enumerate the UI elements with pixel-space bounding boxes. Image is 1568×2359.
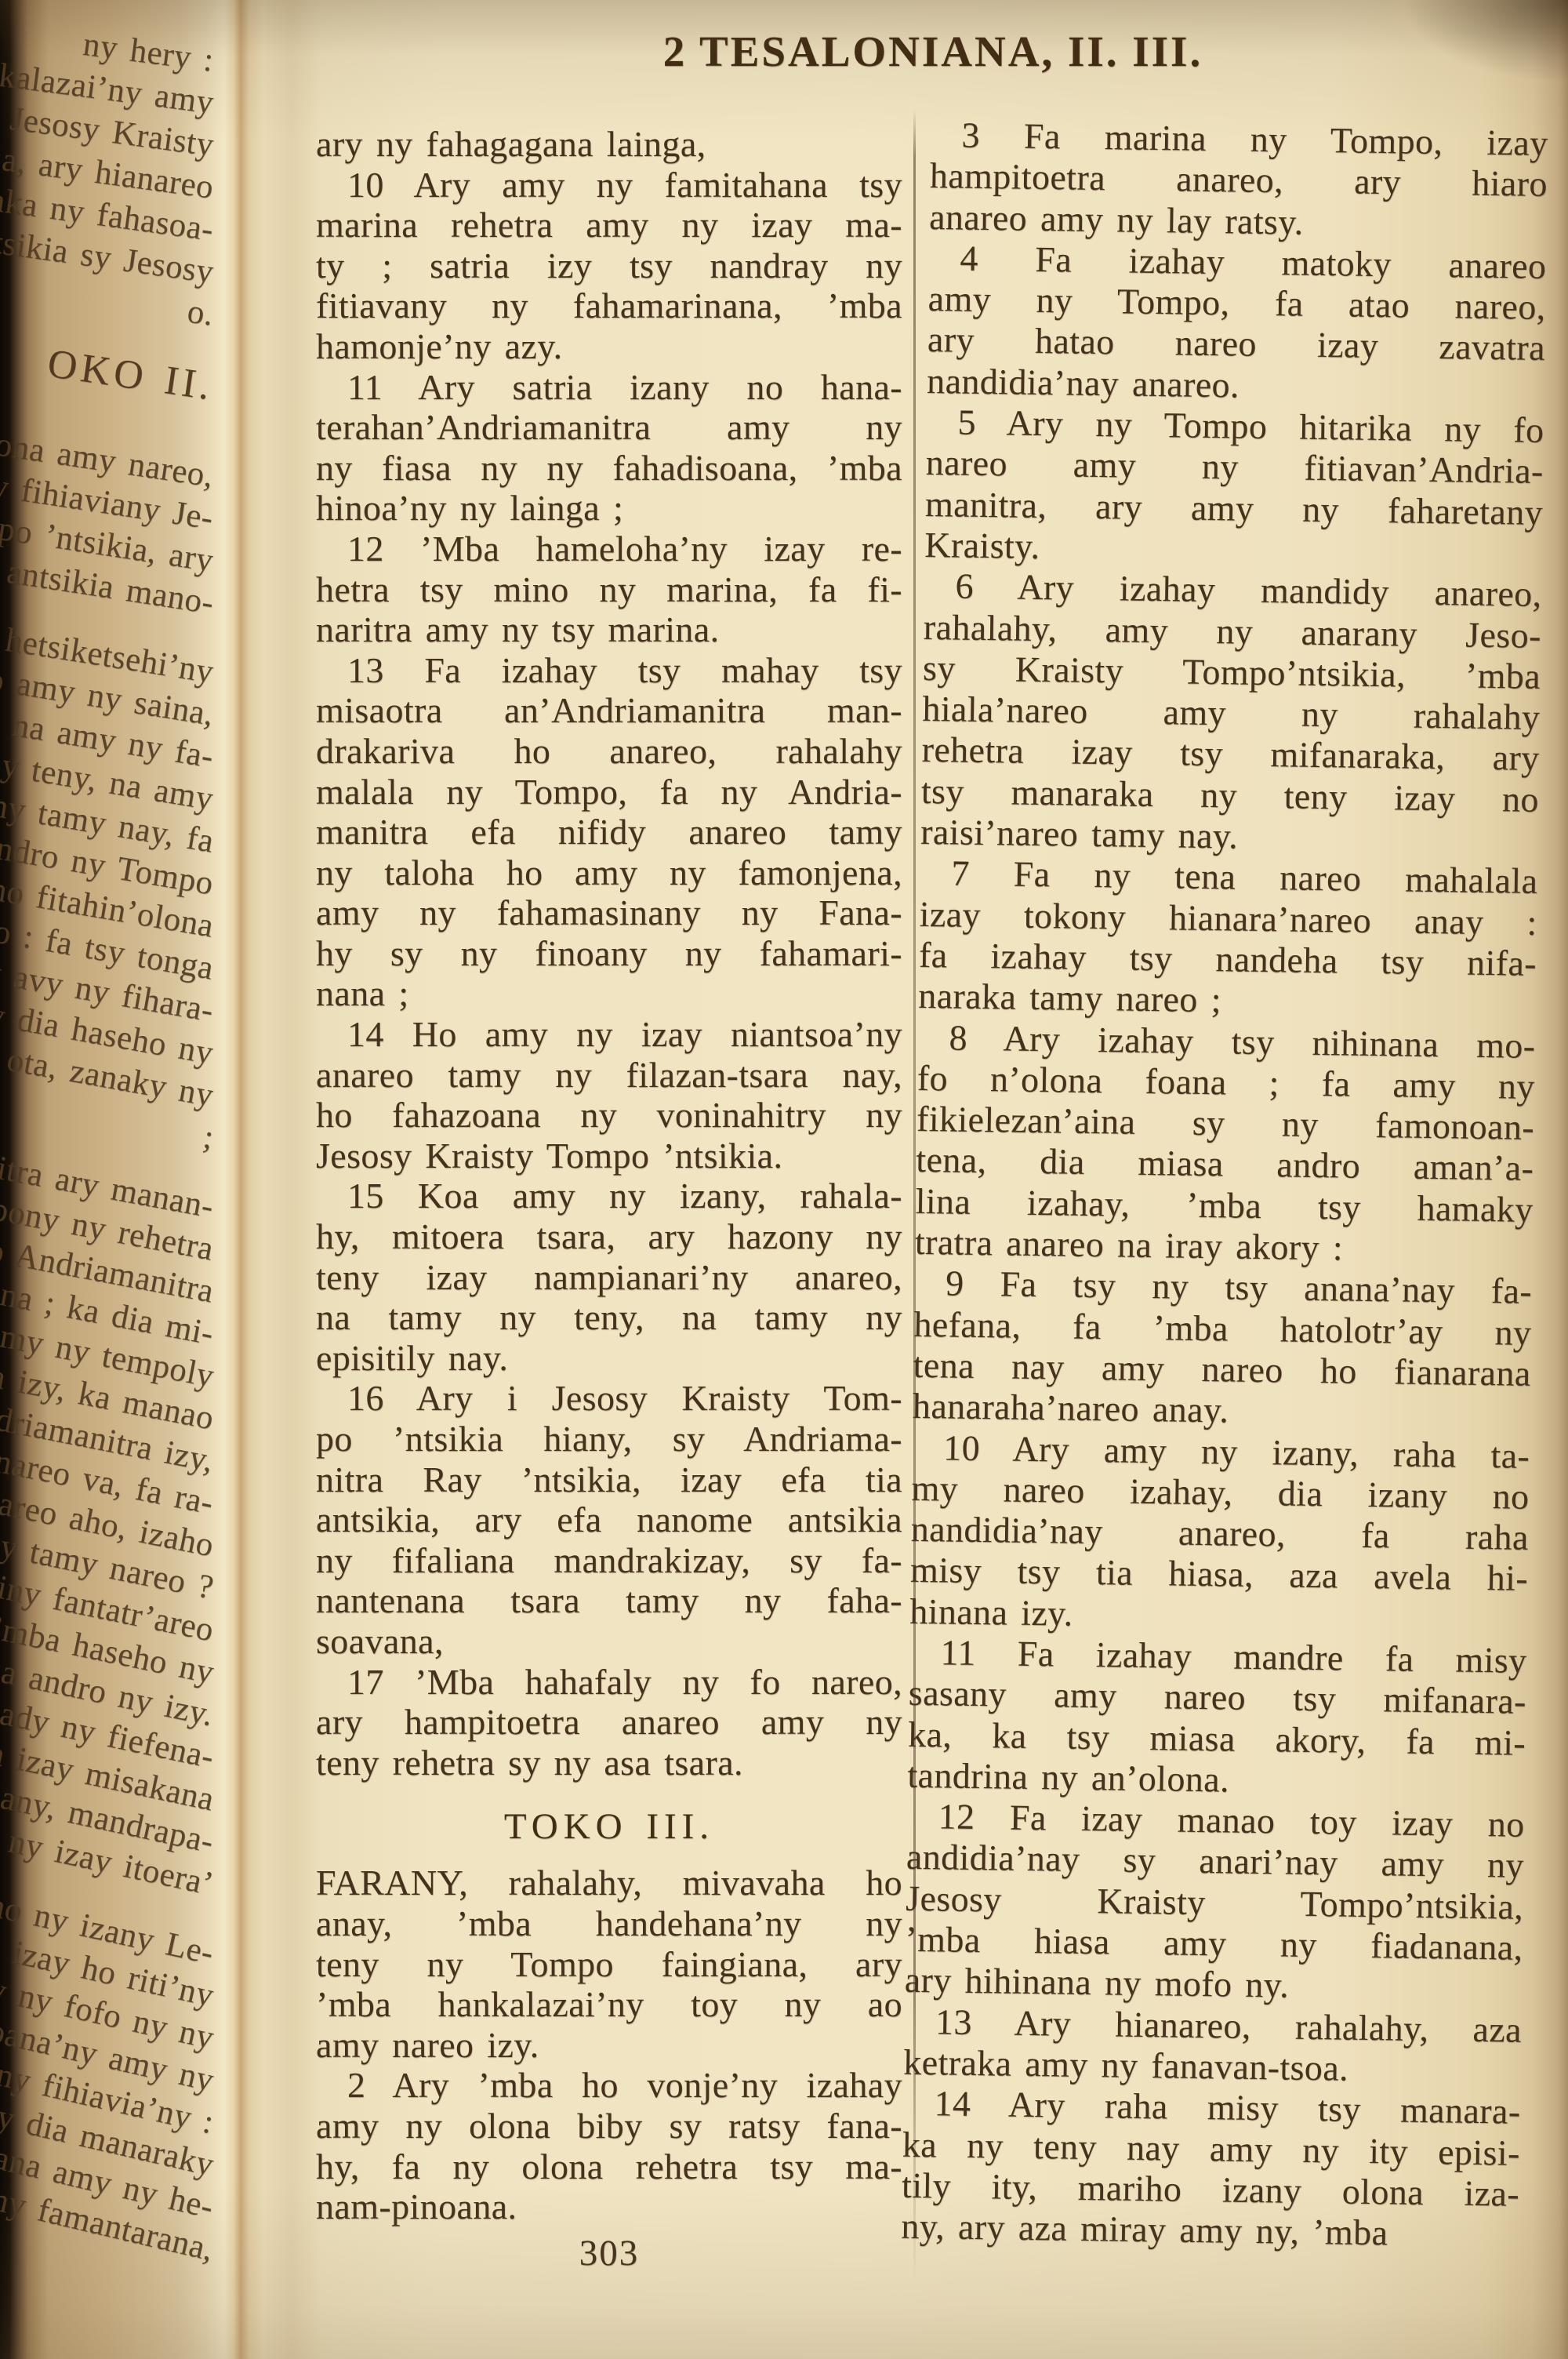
- text-line: hy sy ny finoany ny fahamari-: [316, 933, 902, 974]
- book-page-photo: ny hery :ankalazai’ny amyany Jesosy Krai…: [0, 0, 1568, 2359]
- text-line: soavana,: [316, 1621, 902, 1662]
- text-line: nana ;: [316, 973, 902, 1014]
- text-line: episitily nay.: [316, 1338, 902, 1379]
- facing-page-text-line: ;: [201, 1120, 216, 1155]
- text-line: Jesosy Kraisty Tompo ’ntsikia.: [316, 1136, 902, 1176]
- left-column: ary ny fahagagana lainga,10 Ary amy ny f…: [316, 124, 902, 2274]
- left-column-text: ary ny fahagagana lainga,10 Ary amy ny f…: [316, 124, 902, 1783]
- text-line: nam-pinoana.: [316, 2186, 902, 2227]
- text-line: ny fifaliana mandrakizay, sy fa-: [316, 1540, 902, 1581]
- text-line: amy ny fahamasinany ny Fana-: [316, 892, 902, 933]
- text-line: ary hampitoetra anareo amy ny: [316, 1702, 902, 1743]
- text-line: 12 ’Mba hameloha’ny izay re-: [316, 529, 902, 569]
- text-line: fitiavany ny fahamarinana, ’mba: [316, 285, 902, 326]
- text-line: teny rehetra sy ny asa tsara.: [316, 1743, 902, 1783]
- text-line: ary ny fahagagana lainga,: [316, 124, 902, 165]
- text-line: 14 Ho amy ny izay niantsoa’ny: [316, 1014, 902, 1055]
- text-line: 13 Fa izahay tsy mahay tsy: [316, 650, 902, 691]
- text-line: 2 Ary ’mba ho vonje’ny izahay: [316, 2065, 902, 2106]
- text-line: 11 Ary satria izany no hana-: [316, 367, 902, 408]
- facing-page-text-line: o.: [185, 295, 216, 332]
- facing-page-edge: ny hery :ankalazai’ny amyany Jesosy Krai…: [0, 0, 235, 2359]
- text-line: ny fiasa ny ny fahadisoana, ’mba: [316, 448, 902, 489]
- text-line: drakariva ho anareo, rahalahy: [316, 731, 902, 772]
- text-line: hamonje’ny azy.: [316, 326, 902, 367]
- main-page: 2 TESALONIANA, II. III. ary ny fahagagan…: [310, 0, 1556, 2359]
- text-line: 10 Ary amy ny famitahana tsy: [316, 165, 902, 205]
- text-line: amy ny olona biby sy ratsy fana-: [316, 2106, 902, 2146]
- text-line: ny taloha ho amy ny famonjena,: [316, 852, 902, 893]
- text-line: hy, mitoera tsara, ary hazony ny: [316, 1216, 902, 1257]
- text-line: naritra amy ny tsy marina.: [316, 609, 902, 650]
- text-line: antsikia, ary efa nanome antsikia: [316, 1499, 902, 1540]
- text-line: ’mba hankalazai’ny toy ny ao: [316, 1984, 902, 2025]
- text-line: terahan’Andriamanitra amy ny: [316, 407, 902, 448]
- page-number: 303: [316, 2232, 902, 2274]
- text-line: FARANY, rahalahy, mivavaha ho: [316, 1863, 902, 1903]
- text-line: 15 Koa amy ny izany, rahala-: [316, 1176, 902, 1216]
- facing-page-text-line: OKO II.: [45, 343, 216, 408]
- text-line: na tamy ny teny, na tamy ny: [316, 1297, 902, 1338]
- right-column: 3 Fa marina ny Tompo, izayhampitoetra an…: [901, 114, 1548, 2255]
- page-header: 2 TESALONIANA, II. III.: [310, 27, 1556, 76]
- text-line: misaotra an’Andriamanitra man-: [316, 690, 902, 731]
- text-line: amy nareo izy.: [316, 2025, 902, 2066]
- text-line: po ’ntsikia hiany, sy Andriama-: [316, 1419, 902, 1459]
- text-line: 16 Ary i Jesosy Kraisty Tom-: [316, 1378, 902, 1419]
- chapter-text: FARANY, rahalahy, mivavaha hoanay, ’mba …: [316, 1863, 902, 2226]
- text-line: ny, ary aza miray amy ny, ’mba: [901, 2206, 1519, 2255]
- text-line: ty ; satria izy tsy nandray ny: [316, 245, 902, 286]
- chapter-heading: TOKO III.: [316, 1806, 902, 1847]
- text-line: hy, fa ny olona rehetra tsy ma-: [316, 2146, 902, 2187]
- text-line: hetra tsy mino ny marina, fa fi-: [316, 569, 902, 610]
- text-line: ho fahazoana ny voninahitry ny: [316, 1095, 902, 1136]
- text-line: anareo tamy ny filazan-tsara nay,: [316, 1055, 902, 1096]
- text-line: teny ny Tompo faingiana, ary: [316, 1944, 902, 1985]
- text-line: hinoa’ny ny lainga ;: [316, 488, 902, 529]
- text-line: malala ny Tompo, fa ny Andria-: [316, 772, 902, 812]
- text-line: anay, ’mba handehana’ny ny: [316, 1903, 902, 1944]
- text-line: nantenana tsara tamy ny faha-: [316, 1580, 902, 1621]
- text-line: 17 ’Mba hahafaly ny fo nareo,: [316, 1662, 902, 1703]
- text-line: marina rehetra amy ny izay ma-: [316, 205, 902, 245]
- text-line: nitra Ray ’ntsikia, izay efa tia: [316, 1459, 902, 1500]
- text-line: manitra efa nifidy anareo tamy: [316, 812, 902, 852]
- text-line: teny izay nampianari’ny anareo,: [316, 1257, 902, 1298]
